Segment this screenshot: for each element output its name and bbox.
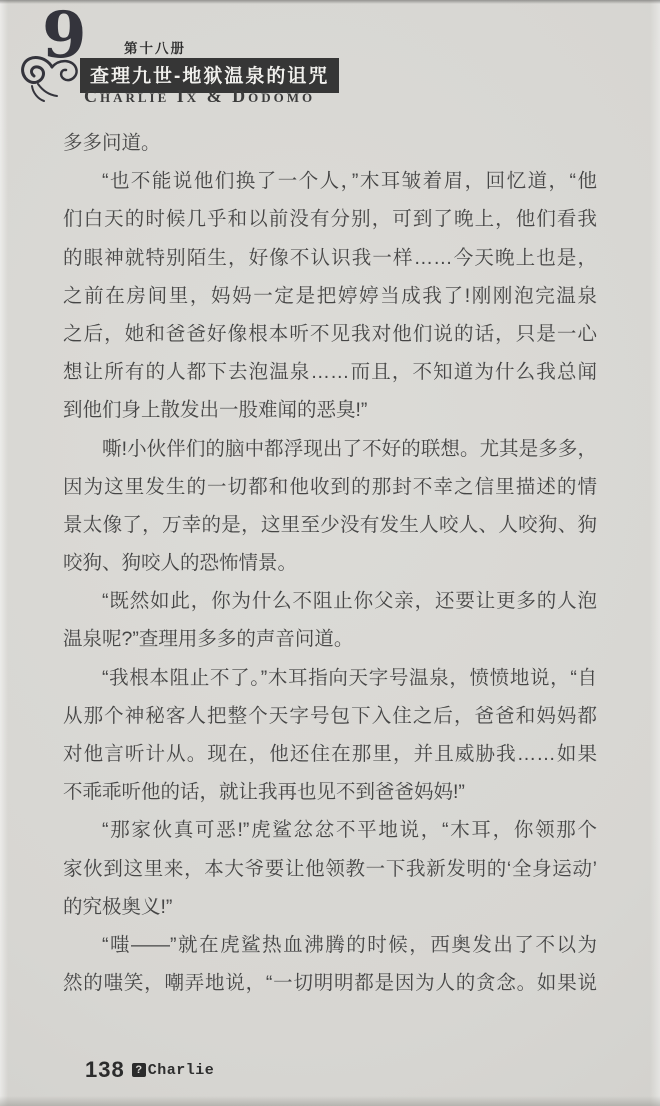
text-line: 到他们身上散发出一股难闻的恶臭!” xyxy=(63,391,597,429)
series-subtitle: Charlie Ix & Dodomo xyxy=(84,86,315,107)
flourish-ornament-icon xyxy=(18,52,80,109)
text-line: “那家伙真可恶!”虎鲨忿忿不平地说，“木耳，你领那个 xyxy=(63,811,597,849)
text-line: 温泉呢?”查理用多多的声音问道。 xyxy=(63,620,597,658)
body-text: 多多问道。“也不能说他们换了一个人，”木耳皱着眉，回忆道，“他们白天的时候几乎和… xyxy=(63,124,597,1002)
text-line: 景太像了，万幸的是，这里至少没有发生人咬人、人咬狗、狗 xyxy=(63,506,597,544)
text-line: “既然如此，你为什么不阻止你父亲，还要让更多的人泡 xyxy=(63,582,597,620)
volume-label: 第十八册 xyxy=(124,37,186,57)
book-page: 9 第十八册 查理九世-地狱温泉的诅咒 Charlie Ix & Dodomo … xyxy=(0,0,660,1106)
text-line: 不乖乖听他的话，就让我再也见不到爸爸妈妈!” xyxy=(63,773,597,811)
text-line: 想让所有的人都下去泡温泉……而且，不知道为什么我总闻 xyxy=(63,353,597,391)
text-line: 然的嗤笑，嘲弄地说，“一切明明都是因为人的贪念。如果说 xyxy=(63,964,597,1002)
text-line: “也不能说他们换了一个人，”木耳皱着眉，回忆道，“他 xyxy=(63,162,597,200)
text-line: 们白天的时候几乎和以前没有分别，可到了晚上，他们看我 xyxy=(63,200,597,238)
text-line: 家伙到这里来，本大爷要让他领教一下我新发明的‘全身运动’ xyxy=(63,850,597,888)
page-footer: 138 ? Charlie xyxy=(85,1058,214,1082)
text-line: 的眼神就特别陌生，好像不认识我一样……今天晚上也是， xyxy=(63,239,597,277)
text-line: “嗤——”就在虎鲨热血沸腾的时候，西奥发出了不以为 xyxy=(63,926,597,964)
text-line: 咬狗、狗咬人的恐怖情景。 xyxy=(63,544,597,582)
page-number: 138 xyxy=(85,1057,125,1083)
text-line: 对他言听计从。现在，他还住在那里，并且威胁我……如果 xyxy=(63,735,597,773)
text-line: 因为这里发生的一切都和他收到的那封不幸之信里描述的情 xyxy=(63,468,597,506)
text-line: 之前在房间里，妈妈一定是把婷婷当成我了!刚刚泡完温泉 xyxy=(63,277,597,315)
charlie-logo-icon: ? xyxy=(132,1063,146,1077)
brand-label: Charlie xyxy=(148,1062,215,1079)
text-line: 嘶!小伙伴们的脑中都浮现出了不好的联想。尤其是多多， xyxy=(63,430,597,468)
text-line: 之后，她和爸爸好像根本听不见我对他们说的话，只是一心 xyxy=(63,315,597,353)
text-line: 从那个神秘客人把整个天字号包下入住之后，爸爸和妈妈都 xyxy=(63,697,597,735)
text-line: 多多问道。 xyxy=(63,124,597,162)
text-line: 的究极奥义!” xyxy=(63,888,597,926)
text-line: “我根本阻止不了。”木耳指向天字号温泉，愤愤地说，“自 xyxy=(63,659,597,697)
